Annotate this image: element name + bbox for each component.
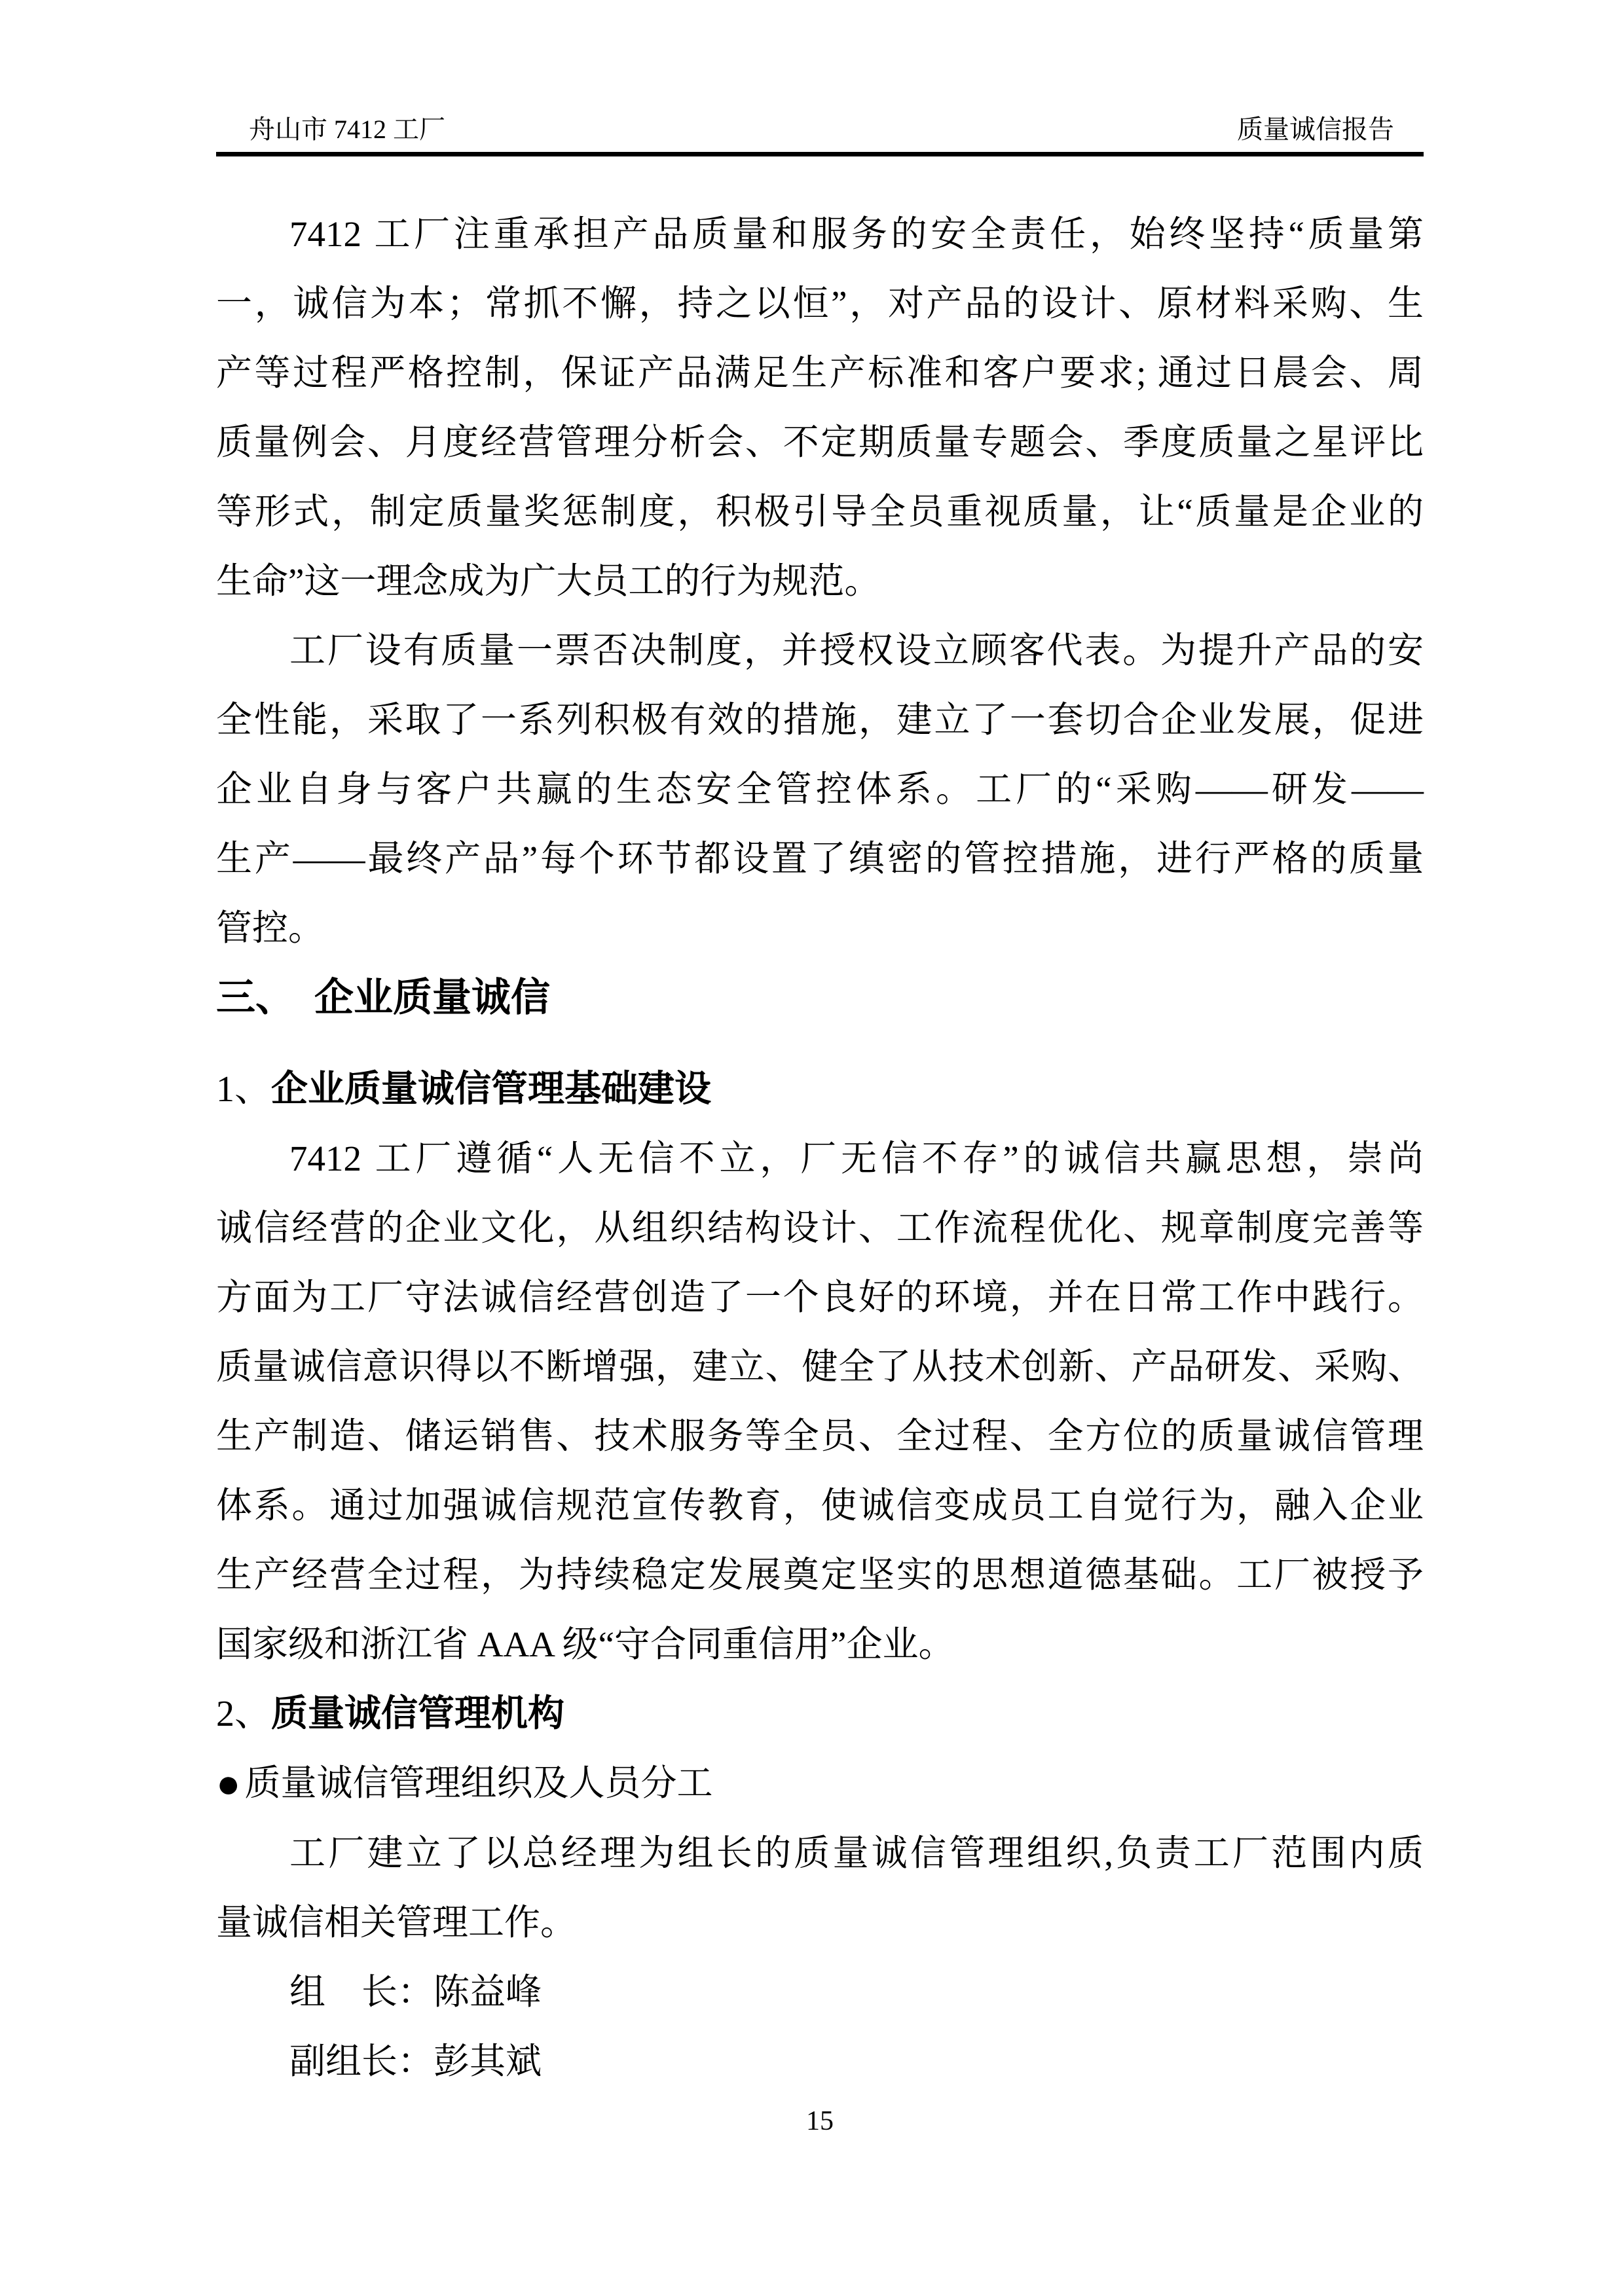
document-body: 7412 工厂注重承担产品质量和服务的安全责任，始终坚持“质量第 一，诚信为本；… — [216, 200, 1424, 2096]
subsection-title: 质量诚信管理机构 — [271, 1694, 564, 1734]
text-line: 全性能，采取了一系列积极有效的措施，建立了一套切合企业发展，促进 — [216, 685, 1424, 755]
text-line: 生产——最终产品”每个环节都设置了缜密的管控措施，进行严格的质量 — [216, 824, 1424, 894]
paragraph-quality-responsibility: 7412 工厂注重承担产品质量和服务的安全责任，始终坚持“质量第 一，诚信为本；… — [216, 200, 1424, 616]
text-line: 生产经营全过程，为持续稳定发展奠定坚实的思想道德基础。工厂被授予 — [216, 1540, 1424, 1610]
text-line: 生命”这一理念成为广大员工的行为规范。 — [216, 547, 1424, 616]
text-line: 生产制造、储运销售、技术服务等全员、全过程、全方位的质量诚信管理 — [216, 1402, 1424, 1471]
roster-leader: 组 长：陈益峰 — [216, 1958, 1424, 2027]
text-line: 工厂设有质量一票否决制度，并授权设立顾客代表。为提升产品的安 — [216, 616, 1424, 685]
text-line: 管控。 — [216, 894, 1424, 963]
bullet-text: 质量诚信管理组织及人员分工 — [244, 1763, 712, 1803]
subsection-number: 1、 — [216, 1069, 271, 1110]
text-line: 工厂建立了以总经理为组长的质量诚信管理组织,负责工厂范围内质 — [216, 1819, 1424, 1888]
text-line: 7412 工厂遵循“人无信不立，厂无信不存”的诚信共赢思想，崇尚 — [216, 1124, 1424, 1194]
bullet-icon: ● — [216, 1762, 244, 1806]
document-page: 舟山市 7412 工厂 质量诚信报告 7412 工厂注重承担产品质量和服务的安全… — [0, 0, 1624, 2296]
text-line: 质量诚信意识得以不断增强，建立、健全了从技术创新、产品研发、采购、 — [216, 1332, 1424, 1402]
text-line: 7412 工厂注重承担产品质量和服务的安全责任，始终坚持“质量第 — [216, 200, 1424, 269]
header-left-title: 舟山市 7412 工厂 — [249, 115, 445, 144]
page-header: 舟山市 7412 工厂 质量诚信报告 — [216, 115, 1424, 156]
bullet-item-org-division: ●质量诚信管理组织及人员分工 — [216, 1749, 1424, 1819]
text-line: 国家级和浙江省 AAA 级“守合同重信用”企业。 — [216, 1610, 1424, 1679]
subsection-heading-1: 1、企业质量诚信管理基础建设 — [216, 1055, 1424, 1124]
text-line: 一，诚信为本；常抓不懈，持之以恒”，对产品的设计、原材料采购、生 — [216, 269, 1424, 338]
roster-name: 陈益峰 — [434, 1972, 542, 2012]
roster-label: 副组长： — [289, 2041, 434, 2081]
text-line: 等形式，制定质量奖惩制度，积极引导全员重视质量，让“质量是企业的 — [216, 477, 1424, 547]
text-line: 量诚信相关管理工作。 — [216, 1888, 1424, 1958]
paragraph-integrity-foundation: 7412 工厂遵循“人无信不立，厂无信不存”的诚信共赢思想，崇尚 诚信经营的企业… — [216, 1124, 1424, 1679]
paragraph-quality-veto: 工厂设有质量一票否决制度，并授权设立顾客代表。为提升产品的安 全性能，采取了一系… — [216, 616, 1424, 963]
section-heading-3: 三、 企业质量诚信 — [216, 963, 1424, 1032]
text-line: 方面为工厂守法诚信经营创造了一个良好的环境，并在日常工作中践行。 — [216, 1263, 1424, 1332]
roster-label: 组 长： — [289, 1972, 434, 2012]
paragraph-org-setup: 工厂建立了以总经理为组长的质量诚信管理组织,负责工厂范围内质 量诚信相关管理工作… — [216, 1819, 1424, 1958]
text-line: 产等过程严格控制，保证产品满足生产标准和客户要求; 通过日晨会、周 — [216, 338, 1424, 408]
subsection-number: 2、 — [216, 1694, 271, 1734]
text-line: 质量例会、月度经营管理分析会、不定期质量专题会、季度质量之星评比 — [216, 408, 1424, 477]
roster-deputy: 副组长：彭其斌 — [216, 2027, 1424, 2096]
subsection-title: 企业质量诚信管理基础建设 — [271, 1069, 711, 1110]
text-line: 企业自身与客户共赢的生态安全管控体系。工厂的“采购——研发—— — [216, 755, 1424, 824]
text-line: 诚信经营的企业文化，从组织结构设计、工作流程优化、规章制度完善等 — [216, 1194, 1424, 1263]
subsection-heading-2: 2、质量诚信管理机构 — [216, 1679, 1424, 1749]
roster-name: 彭其斌 — [434, 2041, 542, 2081]
text-line: 体系。通过加强诚信规范宣传教育，使诚信变成员工自觉行为，融入企业 — [216, 1471, 1424, 1540]
page-number: 15 — [216, 2105, 1424, 2138]
header-right-title: 质量诚信报告 — [1237, 115, 1394, 144]
